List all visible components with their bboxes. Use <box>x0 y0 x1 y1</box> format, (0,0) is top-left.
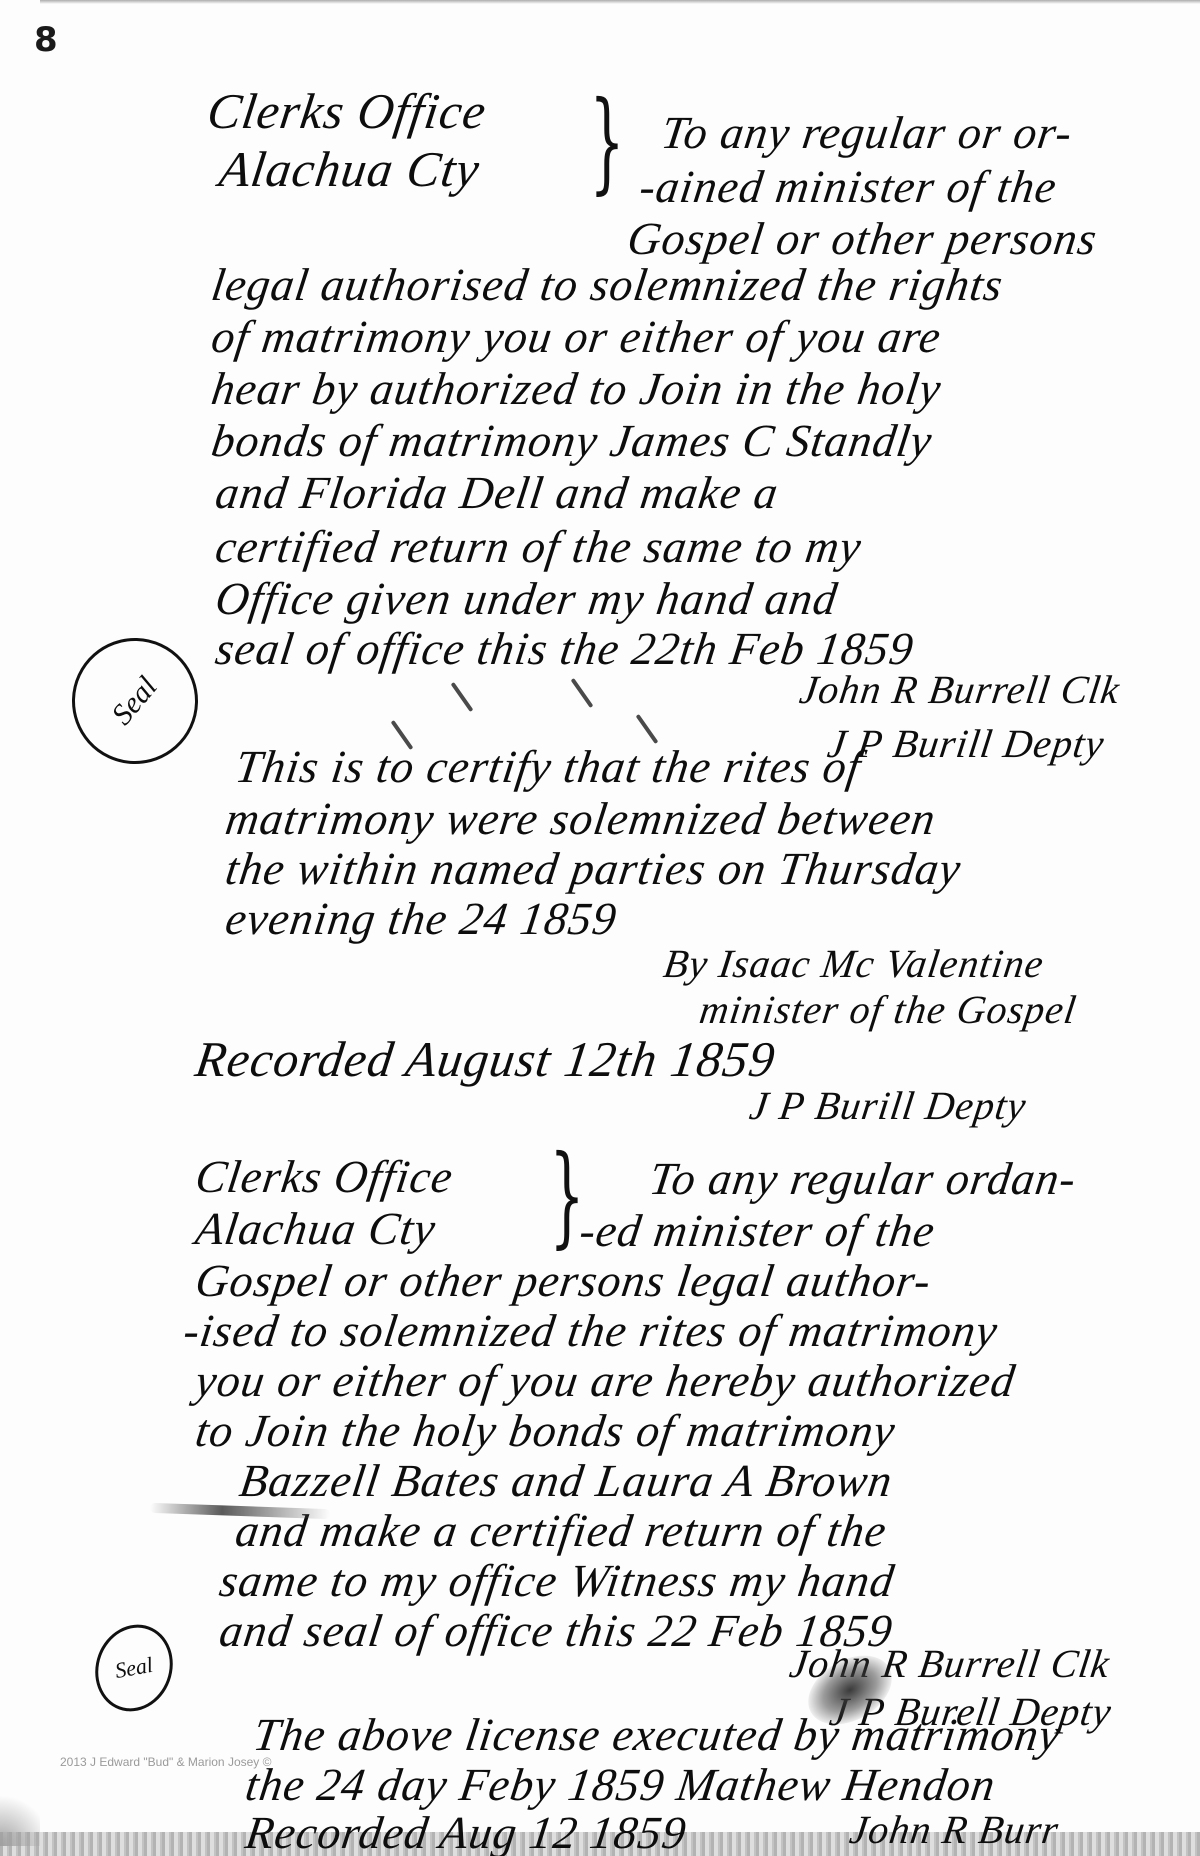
ink-stroke <box>571 678 594 708</box>
license-1-header-office: Clerks Office <box>204 82 490 140</box>
certificate-2-line: The above license executed by matrimony <box>250 1708 1064 1761</box>
page-number: 8 <box>34 20 58 60</box>
license-1-line: bonds of matrimony James C Standly <box>208 414 936 467</box>
seal-stamp: Seal <box>83 1614 185 1723</box>
license-1-line: certified return of the same to my <box>212 520 865 573</box>
certificate-1-recorded-signature: J P Burill Depty <box>747 1082 1030 1129</box>
license-2-line: you or either of you are hereby authoriz… <box>192 1354 1019 1407</box>
license-2-line: same to my office Witness my hand <box>216 1554 898 1607</box>
license-2-header-county: Alachua Cty <box>192 1202 439 1255</box>
license-1-line: To any regular or or- <box>658 106 1076 159</box>
license-2-header-office: Clerks Office <box>192 1150 456 1203</box>
license-1-header-county: Alachua Cty <box>216 140 484 198</box>
license-2-line: -ised to solemnized the rites of matrimo… <box>180 1304 1001 1357</box>
license-1-deputy-signature: J P Burill Depty <box>825 720 1108 767</box>
license-1-line: and Florida Dell and make a <box>212 466 782 519</box>
license-2-line: and make a certified return of the <box>232 1504 890 1557</box>
license-1-line: of matrimony you or either of you are <box>208 310 944 363</box>
license-2-line: to Join the holy bonds of matrimony <box>192 1404 899 1457</box>
license-2-line: -ed minister of the <box>576 1204 938 1257</box>
license-2-line: To any regular ordan- <box>646 1152 1080 1205</box>
certificate-2-recorded: Recorded Aug 12 1859 <box>242 1806 690 1856</box>
minister-signature: By Isaac Mc Valentine <box>661 940 1047 987</box>
page-top-edge <box>40 0 1200 4</box>
minister-title: minister of the Gospel <box>697 986 1080 1033</box>
ink-stroke <box>451 682 474 712</box>
license-2-line: Gospel or other persons legal author- <box>192 1254 934 1307</box>
certificate-2-line: the 24 day Feby 1859 Mathew Hendon <box>242 1758 999 1811</box>
certificate-2-recorded-signature: John R Burr <box>847 1806 1062 1853</box>
license-1-clerk-signature: John R Burrell Clk <box>797 666 1123 713</box>
certificate-1-recorded: Recorded August 12th 1859 <box>192 1030 779 1088</box>
copyright-watermark: 2013 J Edward "Bud" & Marion Josey © <box>60 1755 271 1769</box>
seal-stamp: Seal <box>54 620 215 781</box>
certificate-1-line: the within named parties on Thursday <box>222 842 964 895</box>
license-1-line: legal authorised to solemnized the right… <box>208 258 1006 311</box>
document-page: 8 Clerks Office Alachua Cty } To any reg… <box>0 0 1200 1856</box>
certificate-1-line: matrimony were solemnized between <box>222 792 939 845</box>
license-1-line: hear by authorized to Join in the holy <box>208 362 945 415</box>
page-stain <box>0 1786 40 1846</box>
brace-mark: } <box>590 86 625 196</box>
certificate-1-line: This is to certify that the rites of <box>232 740 864 793</box>
license-1-line: Office given under my hand and <box>212 572 841 625</box>
license-1-line: -ained minister of the <box>636 160 1060 213</box>
license-2-line: Bazzell Bates and Laura A Brown <box>236 1454 896 1507</box>
certificate-1-line: evening the 24 1859 <box>222 892 620 945</box>
